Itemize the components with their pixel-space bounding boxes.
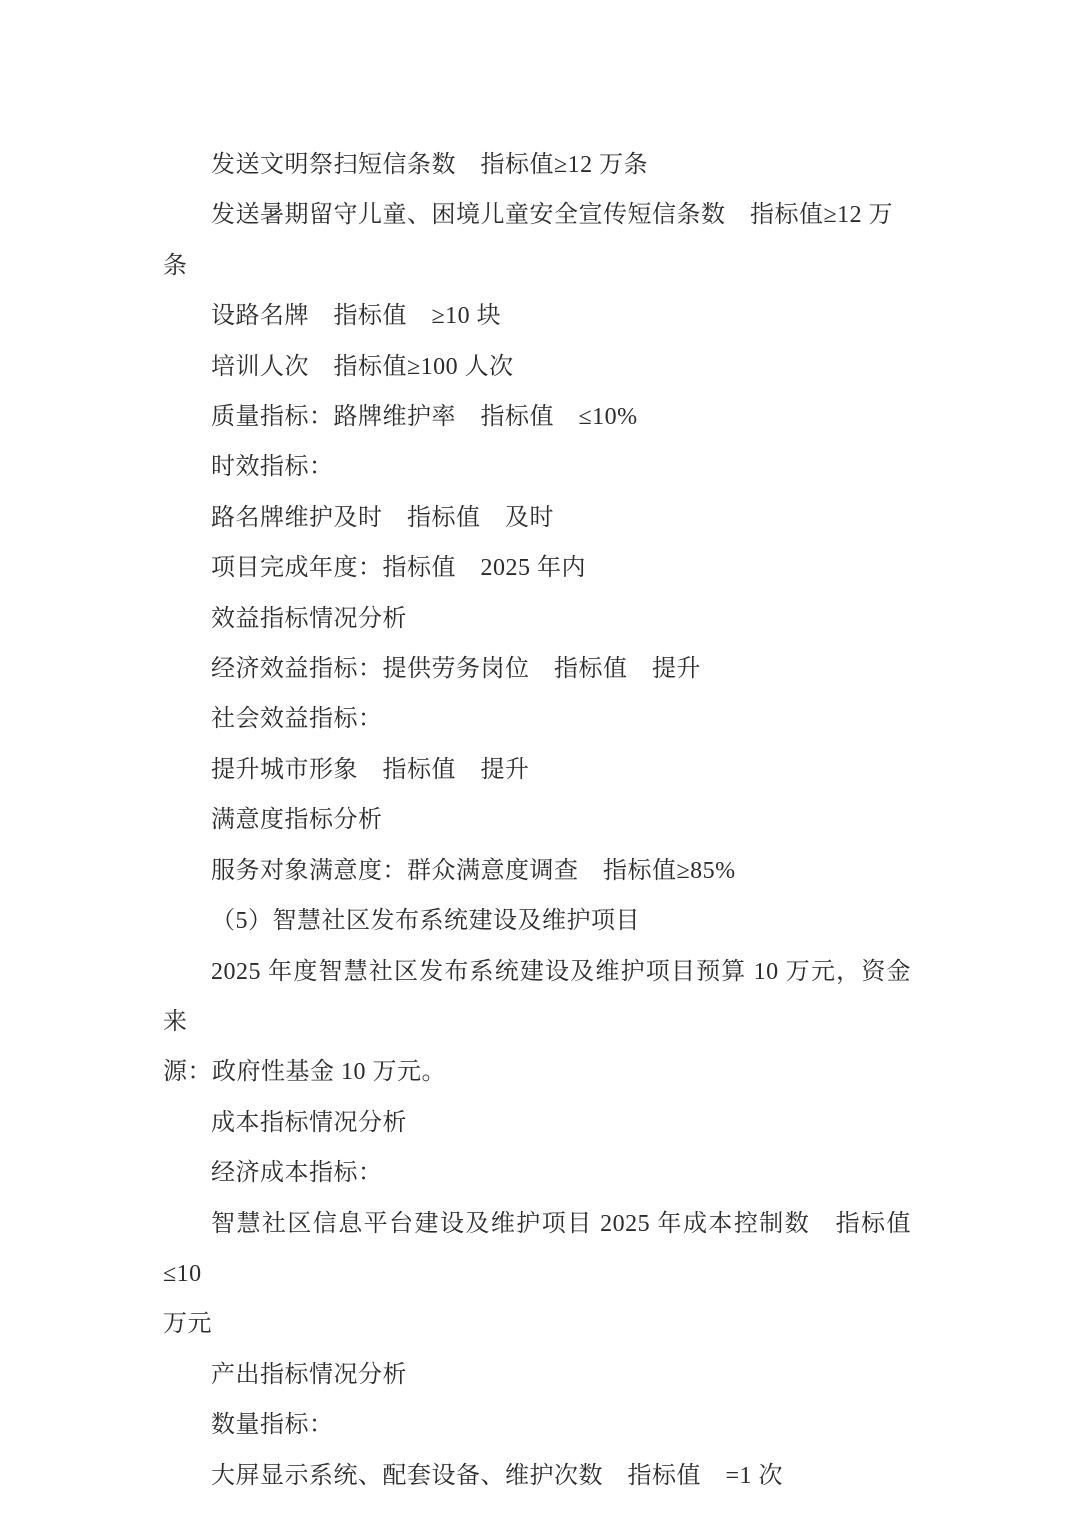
text-line: 路名牌维护及时 指标值 及时 [163,493,911,543]
text-line: 发送暑期留守儿童、困境儿童安全宣传短信条数 指标值≥12 万条 [163,190,911,291]
text-line: 培训人次 指标值≥100 人次 [163,342,911,392]
text-line: 经济成本指标： [163,1148,911,1198]
text-line: 产出指标情况分析 [163,1350,911,1400]
text-line: 设路名牌 指标值 ≥10 块 [163,291,911,341]
text-line: 经济效益指标：提供劳务岗位 指标值 提升 [163,644,911,694]
text-line: 项目完成年度：指标值 2025 年内 [163,543,911,593]
text-line: 大屏显示系统、配套设备、维护次数 指标值 =1 次 [163,1451,911,1501]
text-line: 服务对象满意度：群众满意度调查 指标值≥85% [163,846,911,896]
text-line: 提升城市形象 指标值 提升 [163,745,911,795]
text-line: 数量指标： [163,1400,911,1450]
text-line: 时效指标： [163,442,911,492]
text-line: 智慧社区信息平台建设及维护项目 2025 年成本控制数 指标值≤10 [163,1199,911,1300]
text-line: 质量指标：路牌维护率 指标值 ≤10% [163,392,911,442]
text-line: 满意度指标分析 [163,795,911,845]
text-line: 效益指标情况分析 [163,594,911,644]
text-line: 发送文明祭扫短信条数 指标值≥12 万条 [163,140,911,190]
text-line: 2025 年度智慧社区发布系统建设及维护项目预算 10 万元，资金来 [163,947,911,1048]
text-line: 源：政府性基金 10 万元。 [163,1047,911,1097]
document-body: 发送文明祭扫短信条数 指标值≥12 万条 发送暑期留守儿童、困境儿童安全宣传短信… [163,140,911,1501]
text-line: 社会效益指标： [163,694,911,744]
text-line: （5）智慧社区发布系统建设及维护项目 [163,896,911,946]
document-page: 发送文明祭扫短信条数 指标值≥12 万条 发送暑期留守儿童、困境儿童安全宣传短信… [0,0,1074,1520]
text-line: 万元 [163,1299,911,1349]
text-line: 成本指标情况分析 [163,1098,911,1148]
